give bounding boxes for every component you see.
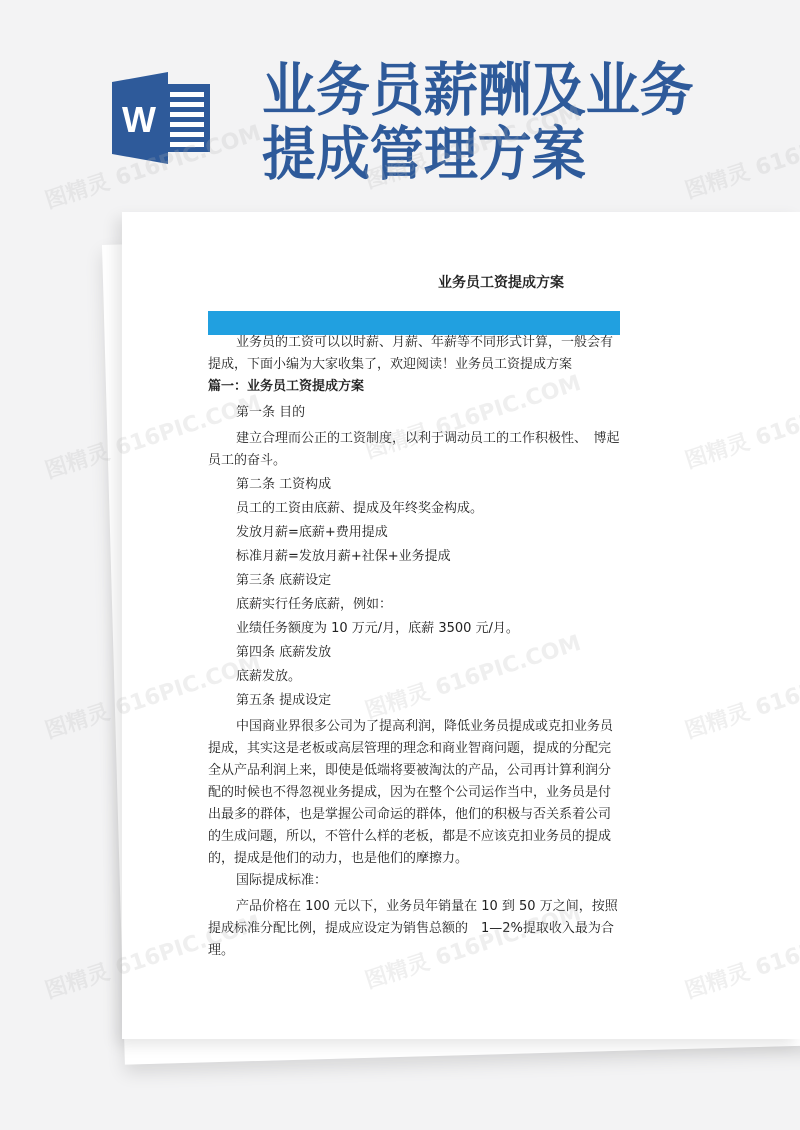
document-content: 业务员工资提成方案 业务员的工资可以以时薪、月薪、年薪等不同形式计算，一般会有提…	[122, 212, 800, 1039]
word-document-icon: W	[110, 70, 212, 166]
paragraph: 建立合理而公正的工资制度，以利于调动员工的工作积极性、 博起员工的奋斗。	[208, 428, 622, 472]
paragraph: 底薪实行任务底薪，例如：	[208, 594, 622, 616]
article-heading: 第三条 底薪设定	[208, 570, 622, 592]
title-line-2: 提成管理方案	[262, 122, 694, 186]
header: W 业务员薪酬及业务 提成管理方案	[0, 0, 800, 200]
document-body: 业务员的工资可以以时薪、月薪、年薪等不同形式计算，一般会有提成，下面小编为大家收…	[208, 332, 622, 962]
paragraph: 业绩任务额度为 10 万元/月，底薪 3500 元/月。	[208, 618, 622, 640]
svg-text:W: W	[122, 99, 156, 140]
paragraph: 中国商业界很多公司为了提高利润，降低业务员提成或克扣业务员提成，其实这是老板或高…	[208, 716, 622, 870]
article-heading: 第二条 工资构成	[208, 474, 622, 496]
article-heading: 第一条 目的	[208, 402, 622, 424]
article-heading: 第五条 提成设定	[208, 690, 622, 712]
page-title: 业务员薪酬及业务 提成管理方案	[262, 58, 694, 186]
section-heading: 篇一：业务员工资提成方案	[208, 376, 622, 398]
paragraph: 产品价格在 100 元以下，业务员年销量在 10 到 50 万之间，按照提成标准…	[208, 896, 622, 962]
title-line-1: 业务员薪酬及业务	[262, 58, 694, 122]
paragraph: 员工的工资由底薪、提成及年终奖金构成。	[208, 498, 622, 520]
formula-line: 标准月薪=发放月薪+社保+业务提成	[208, 546, 622, 568]
paragraph: 底薪发放。	[208, 666, 622, 688]
formula-line: 发放月薪=底薪+费用提成	[208, 522, 622, 544]
document-title: 业务员工资提成方案	[122, 272, 800, 292]
subheading: 国际提成标准：	[208, 870, 622, 892]
document-page: 业务员工资提成方案 业务员的工资可以以时薪、月薪、年薪等不同形式计算，一般会有提…	[122, 212, 800, 1039]
article-heading: 第四条 底薪发放	[208, 642, 622, 664]
intro-paragraph: 业务员的工资可以以时薪、月薪、年薪等不同形式计算，一般会有提成，下面小编为大家收…	[208, 332, 622, 376]
